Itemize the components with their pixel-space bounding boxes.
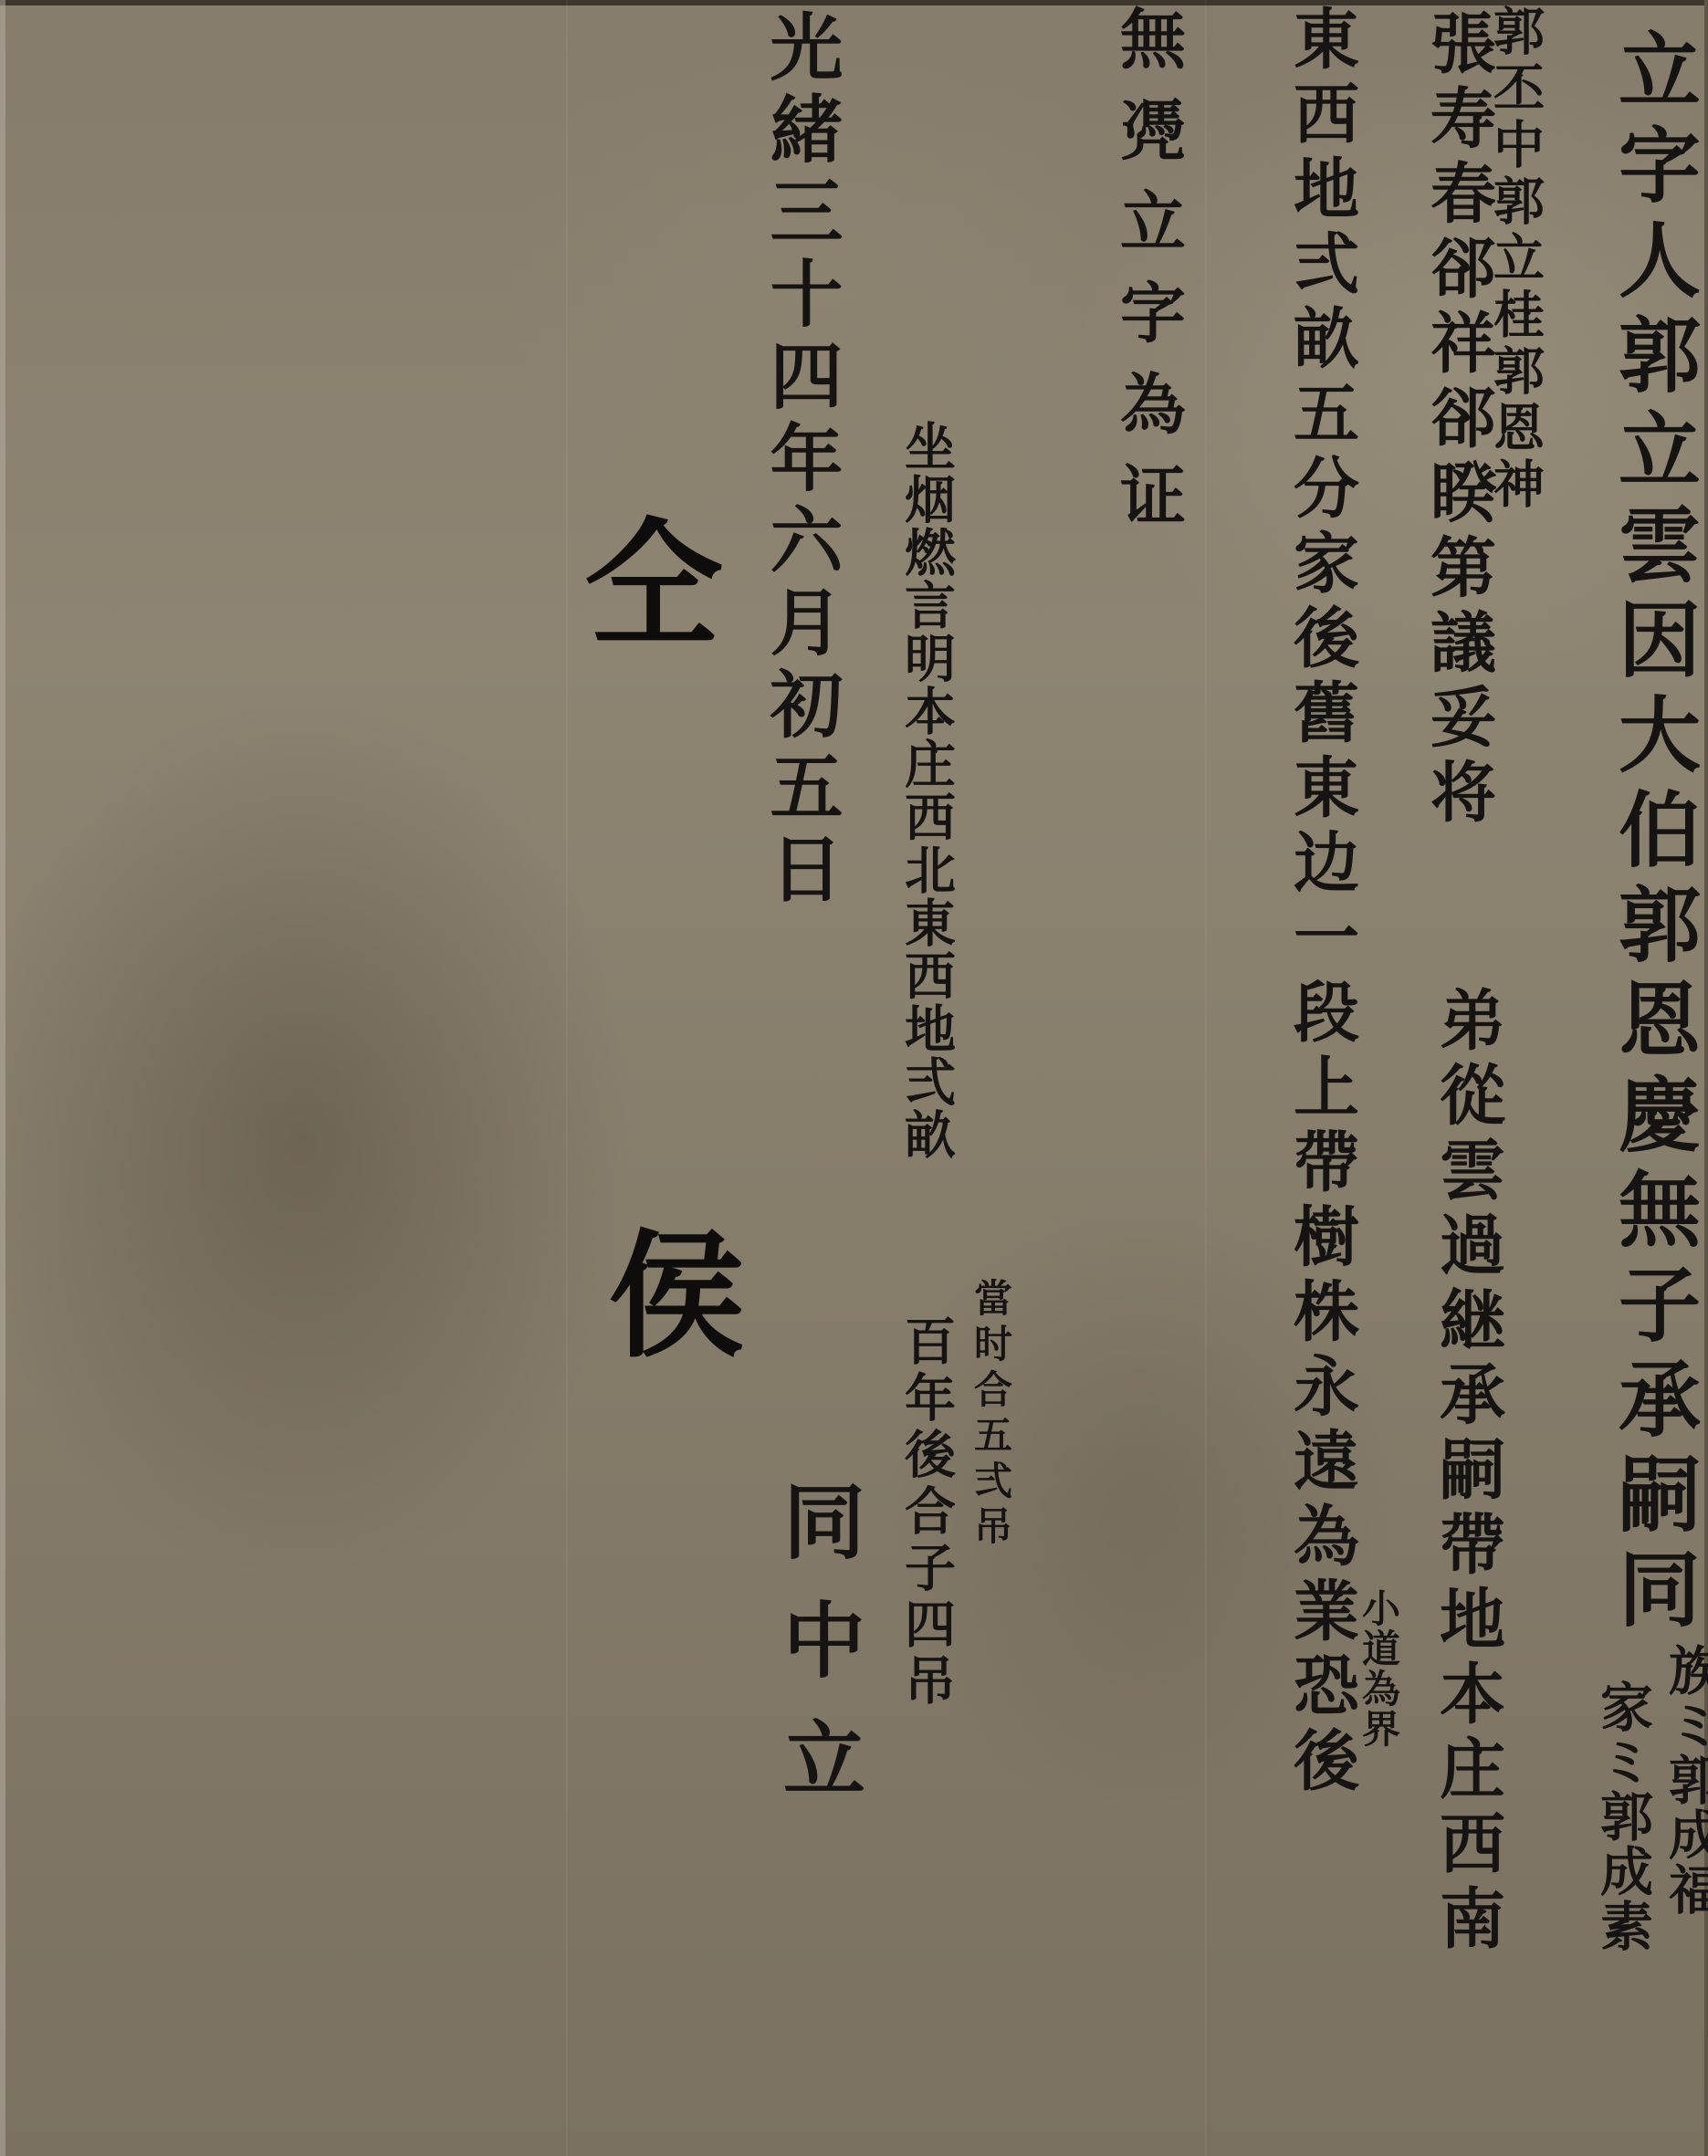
contract-date: 光緒三十四年六月初五日: [749, 9, 854, 913]
contract-column-6-left: 百年後合子四吊: [890, 1314, 963, 1711]
paper-fold-line: [566, 0, 568, 2156]
annotation-clan-elder: 族ミ郭成福: [1652, 1643, 1708, 1917]
annotation-family-elder: 家ミ郭成素: [1584, 1680, 1661, 1953]
paper-fold-line: [1205, 0, 1207, 2156]
frame-top-edge: [0, 0, 1708, 5]
annotation-path-boundary: 小道為界: [1351, 1588, 1406, 1749]
contract-column-5: 坐烟燃言明本庄西北東西地弍畝: [890, 420, 963, 1161]
witness-line: 同中立: [758, 1479, 876, 1835]
signature-mark-2: 侯: [566, 1223, 763, 1360]
contract-column-1: 立字人郭立雲因大伯郭恩慶無子承嗣同: [1593, 27, 1708, 1641]
contract-column-3: 東西地弍畝五分家後舊東边一段上帶樹株永遠為業恐後: [1273, 5, 1368, 1801]
signature-mark-1: 仝: [543, 511, 740, 648]
frame-left-edge: [0, 0, 5, 2156]
contract-column-2-cont: 弟從雲過継承嗣帶地本庄西南: [1420, 986, 1514, 1959]
contract-column-2: 張寿春郤祥郤睽第議妥将: [1410, 9, 1505, 832]
contract-column-4: 無凴立字為证: [1100, 5, 1195, 552]
contract-column-6-right: 當时合五弍吊: [963, 1278, 1018, 1552]
